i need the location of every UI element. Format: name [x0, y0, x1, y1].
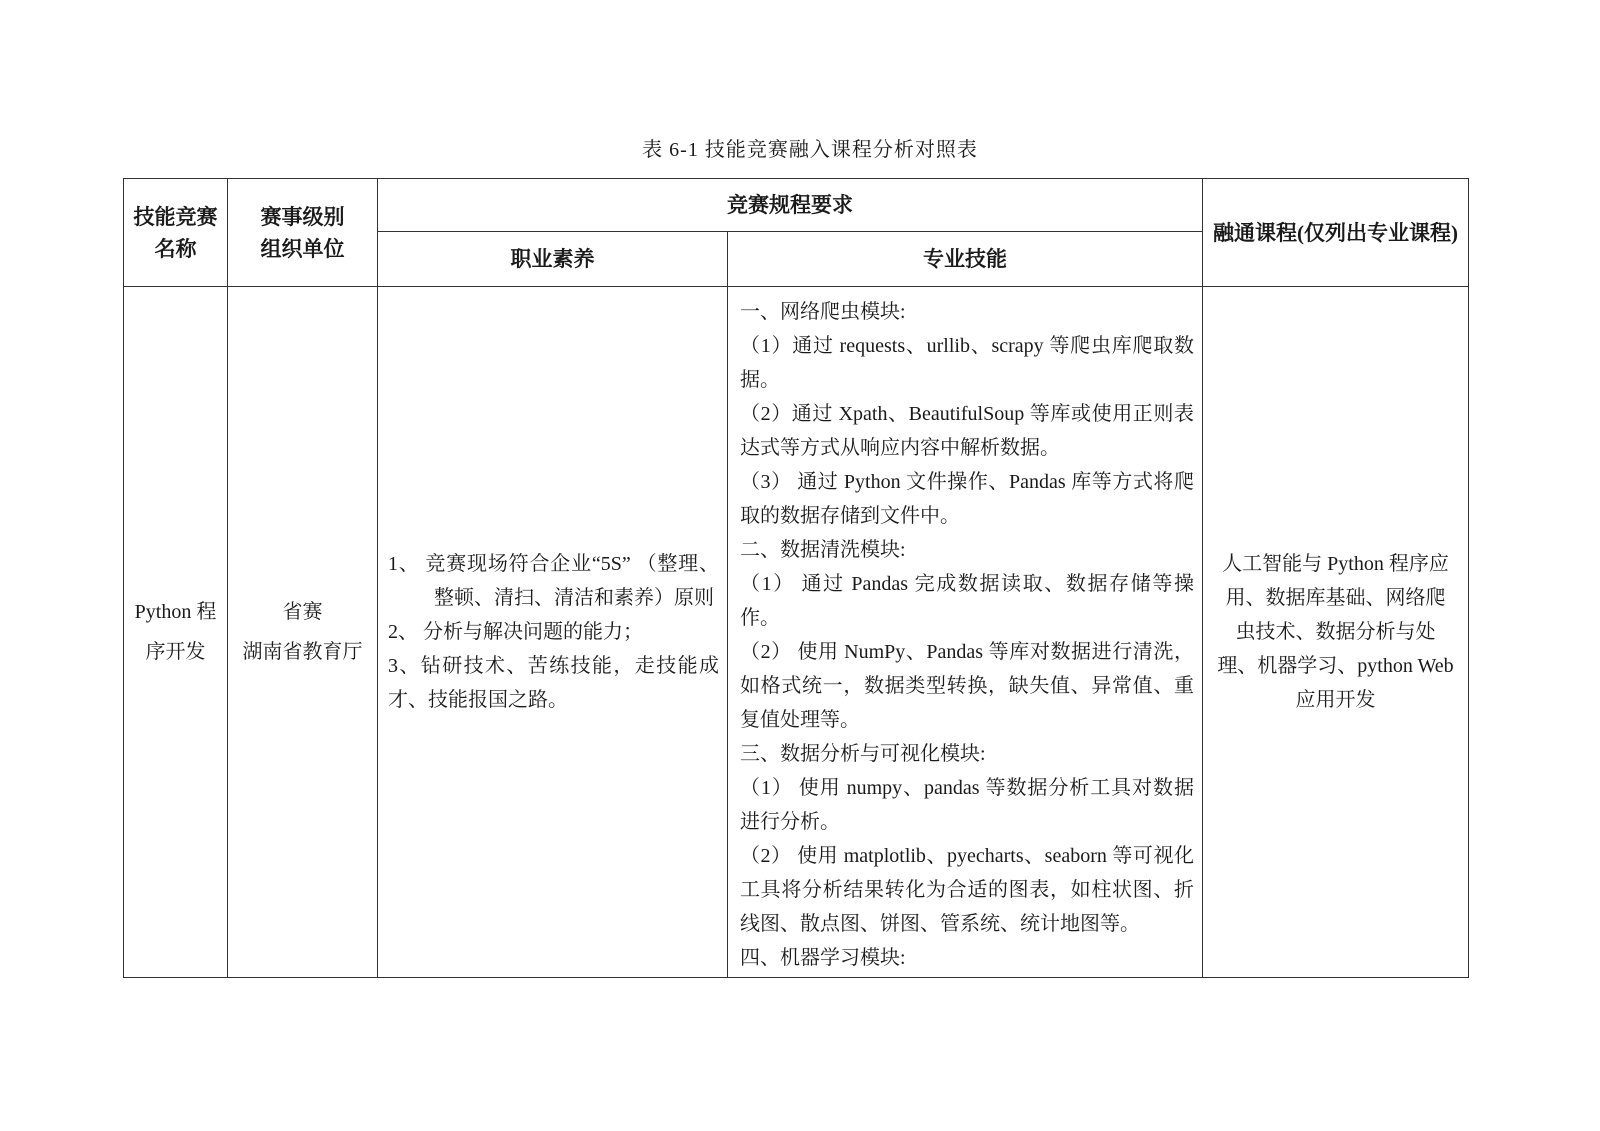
header-professional-quality: 职业素养 [378, 232, 728, 287]
header-row-1: 技能竞赛 名称 赛事级别 组织单位 竞赛规程要求 融通课程(仅列出专业课程) [124, 179, 1469, 232]
skills-section-2-heading: 二、数据清洗模块: [740, 533, 1194, 567]
quality-item-2: 2、 分析与解决问题的能力； [388, 615, 719, 649]
skills-item: （2） 使用 matplotlib、pyecharts、seaborn 等可视化… [740, 839, 1194, 941]
cell-integrated-courses: 人工智能与 Python 程序应用、数据库基础、网络爬虫技术、数据分析与处理、机… [1203, 287, 1469, 978]
cell-competition-name: Python 程 序开发 [124, 287, 228, 978]
skills-item: （3） 通过 Python 文件操作、Pandas 库等方式将爬取的数据存储到文… [740, 465, 1194, 533]
quality-item-3: 3、钻研技术、苦练技能，走技能成才、技能报国之路。 [388, 649, 719, 717]
page-title: 表 6-1 技能竞赛融入课程分析对照表 [0, 133, 1600, 162]
quality-item-1: 1、 竞赛现场符合企业“5S” （整理、整顿、清扫、清洁和素养）原则 [388, 547, 719, 615]
comparison-table: 技能竞赛 名称 赛事级别 组织单位 竞赛规程要求 融通课程(仅列出专业课程) 职… [123, 178, 1469, 978]
skills-item: （1） 通过 Pandas 完成数据读取、数据存储等操作。 [740, 567, 1194, 635]
cell-event-level-org: 省赛 湖南省教育厅 [228, 287, 378, 978]
header-integrated-courses: 融通课程(仅列出专业课程) [1203, 179, 1469, 287]
skills-section-1-heading: 一、网络爬虫模块: [740, 295, 1194, 329]
cell-professional-quality: 1、 竞赛现场符合企业“5S” （整理、整顿、清扫、清洁和素养）原则 2、 分析… [378, 287, 728, 978]
header-competition-name: 技能竞赛 名称 [124, 179, 228, 287]
skills-section-4-heading: 四、机器学习模块: [740, 941, 1194, 975]
skills-section-3-heading: 三、数据分析与可视化模块: [740, 737, 1194, 771]
cell-professional-skills: 一、网络爬虫模块: （1）通过 requests、urllib、scrapy 等… [728, 287, 1203, 978]
document-page: 表 6-1 技能竞赛融入课程分析对照表 技能竞赛 名称 赛事级别 组织单位 竞赛… [0, 0, 1600, 1131]
header-professional-skills: 专业技能 [728, 232, 1203, 287]
skills-text-block: 一、网络爬虫模块: （1）通过 requests、urllib、scrapy 等… [728, 287, 1202, 975]
skills-item: （1）通过 requests、urllib、scrapy 等爬虫库爬取数据。 [740, 329, 1194, 397]
header-event-level-org: 赛事级别 组织单位 [228, 179, 378, 287]
table-row: Python 程 序开发 省赛 湖南省教育厅 1、 竞赛现场符合企业“5S” （… [124, 287, 1469, 978]
header-competition-rules: 竞赛规程要求 [378, 179, 1203, 232]
skills-item: （2）通过 Xpath、BeautifulSoup 等库或使用正则表达式等方式从… [740, 397, 1194, 465]
skills-item: （1） 使用 numpy、pandas 等数据分析工具对数据进行分析。 [740, 771, 1194, 839]
skills-item: （2） 使用 NumPy、Pandas 等库对数据进行清洗，如格式统一，数据类型… [740, 635, 1194, 737]
